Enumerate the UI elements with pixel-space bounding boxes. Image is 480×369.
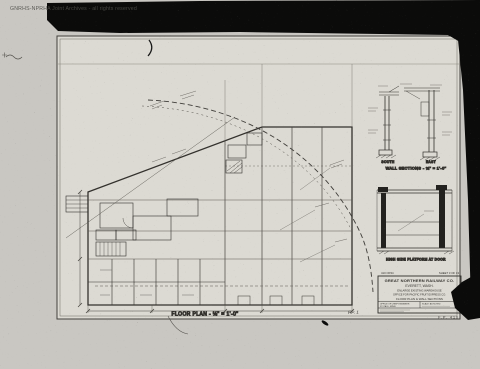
grain-overlay-fine	[0, 0, 480, 369]
scan-canvas: FLOOR PLAN - ⅛" = 1'-0" SOUTH	[0, 0, 480, 369]
scanned-drawing-sheet: FLOOR PLAN - ⅛" = 1'-0" SOUTH	[0, 0, 480, 369]
